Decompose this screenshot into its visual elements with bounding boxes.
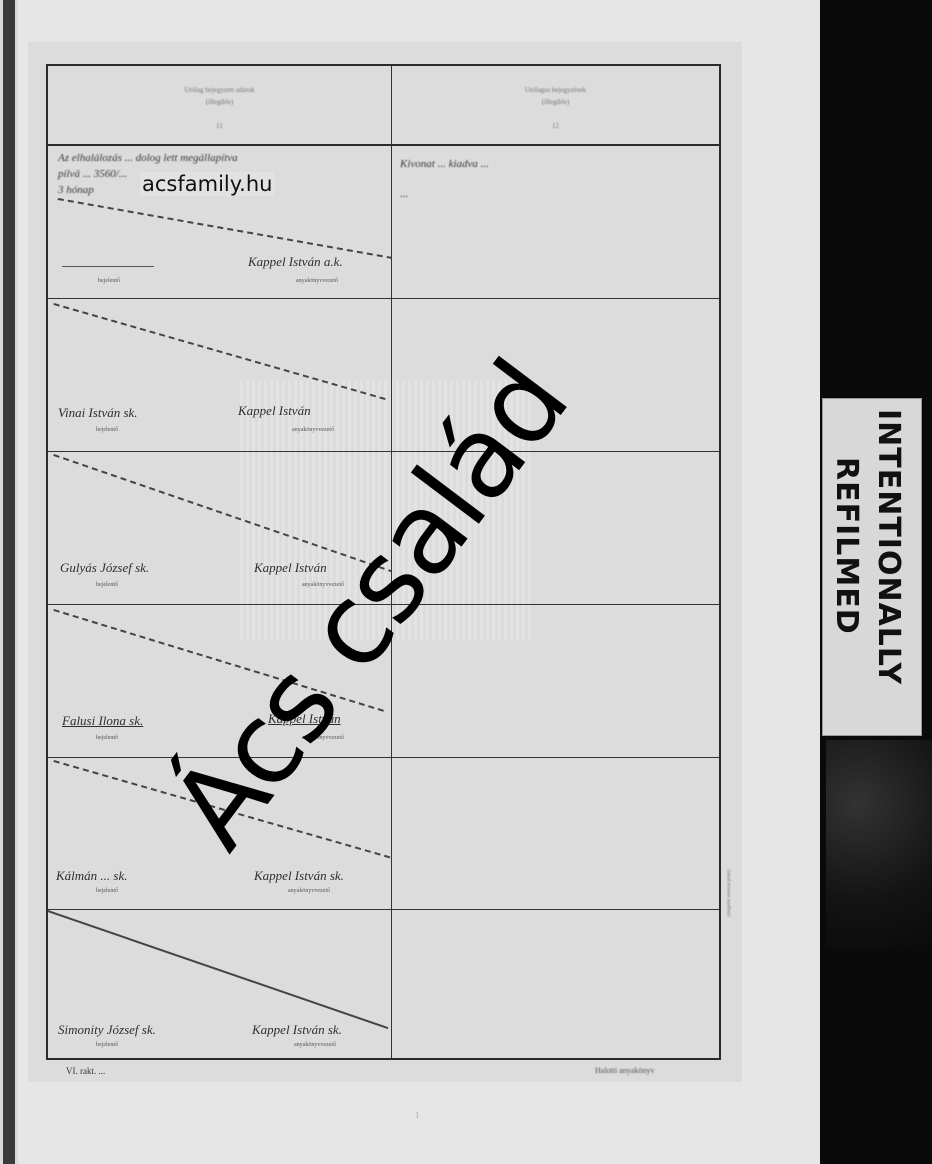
- bejelento-label: bejelentő: [96, 888, 118, 894]
- record-row: Vinai István sk. bejelentő Kappel István…: [48, 299, 719, 452]
- informant-signature: Gulyás József sk.: [60, 560, 149, 576]
- header-left-number: 11: [48, 120, 391, 132]
- informant-signature: Kálmán ... sk.: [56, 868, 128, 884]
- record-row: Kálmán ... sk. bejelentő Kappel István s…: [48, 758, 719, 910]
- informant-signature: Falusi Ilona sk.: [62, 713, 143, 729]
- footer-left-text: VI. rakt. ...: [66, 1066, 105, 1076]
- record-right-cell: [392, 910, 719, 1058]
- record-left-cell: Az elhalálozás ... dolog lett megállapít…: [48, 146, 392, 298]
- header-right-title: Utólagos bejegyzések: [392, 84, 719, 96]
- header-left-title: Utólag bejegyzett adatok: [48, 84, 391, 96]
- strike-line: [48, 910, 388, 1029]
- header-left-sub: (illegible): [48, 96, 391, 108]
- strike-line: [53, 303, 385, 400]
- registrar-signature: Kappel István: [238, 403, 311, 419]
- record-right-cell: [392, 758, 719, 909]
- bejelento-label: bejelentő: [98, 278, 120, 284]
- strike-line: [58, 198, 392, 259]
- stamp-line-2: REFILMED: [829, 457, 864, 635]
- record-left-cell: Simonity József sk. bejelentő Kappel Ist…: [48, 910, 392, 1058]
- registrar-signature: Kappel István a.k.: [248, 254, 343, 270]
- record-row: Az elhalálozás ... dolog lett megállapít…: [48, 146, 719, 299]
- site-watermark: acsfamily.hu: [140, 172, 274, 196]
- signature-line: [62, 266, 154, 267]
- record-right-cell: [392, 605, 719, 757]
- page-number: 1: [415, 1110, 420, 1120]
- header-right-number: 12: [392, 120, 719, 132]
- right-handwritten-note: Kivonat ... kiadva ... ...: [400, 156, 489, 202]
- registrar-label: anyakönyvvezető: [292, 427, 334, 433]
- header-left-column: Utólag bejegyzett adatok (illegible) 11: [48, 66, 392, 144]
- refilmed-stamp: INTENTIONALLY REFILMED: [822, 398, 922, 736]
- note-line: Kivonat ... kiadva ...: [400, 156, 489, 172]
- registrar-signature: Kappel István sk.: [254, 868, 344, 884]
- bejelento-label: bejelentő: [96, 427, 118, 433]
- informant-signature: Simonity József sk.: [58, 1022, 156, 1038]
- bejelento-label: bejelentő: [96, 1042, 118, 1048]
- film-edge-bar: [3, 0, 15, 1164]
- registrar-signature: Kappel István sk.: [252, 1022, 342, 1038]
- note-line: Az elhalálozás ... dolog lett megállapít…: [58, 150, 238, 166]
- side-print: (illegible vertical print): [727, 870, 732, 917]
- record-row: Simonity József sk. bejelentő Kappel Ist…: [48, 910, 719, 1058]
- film-noise: [826, 740, 932, 950]
- footer-right-text: Halotti anyakönyv: [595, 1066, 654, 1075]
- note-line: ...: [400, 186, 489, 202]
- form-header: Utólag bejegyzett adatok (illegible) 11 …: [48, 66, 719, 146]
- registrar-label: anyakönyvvezető: [296, 278, 338, 284]
- informant-signature: Vinai István sk.: [58, 405, 138, 421]
- bejelento-label: bejelentő: [96, 582, 118, 588]
- registrar-label: anyakönyvvezető: [294, 1042, 336, 1048]
- registrar-label: anyakönyvvezető: [288, 888, 330, 894]
- record-left-cell: Vinai István sk. bejelentő Kappel István…: [48, 299, 392, 451]
- bejelento-label: bejelentő: [96, 735, 118, 741]
- header-right-sub: (illegible): [392, 96, 719, 108]
- record-right-cell: Kivonat ... kiadva ... ...: [392, 146, 719, 298]
- header-right-column: Utólagos bejegyzések (illegible) 12: [392, 66, 719, 144]
- film-edge-left: [0, 0, 20, 1164]
- stamp-line-1: INTENTIONALLY: [871, 409, 906, 685]
